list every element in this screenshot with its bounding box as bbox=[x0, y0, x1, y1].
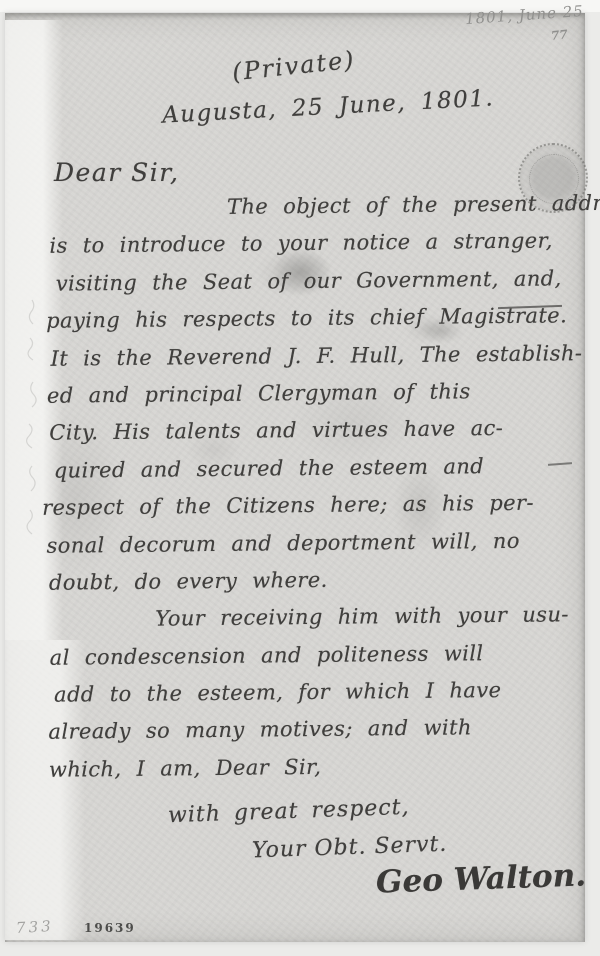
letter-body: The object of the present address is to … bbox=[35, 191, 581, 795]
letter-line: doubt, do every where. bbox=[39, 565, 579, 608]
scanned-letter-page: 1801, June 25 77 (Private) Augusta, 25 J… bbox=[0, 0, 600, 956]
letter-line: It is the Reverend J. F. Hull, The estab… bbox=[36, 341, 576, 384]
letter-line: The object of the present address bbox=[35, 191, 575, 234]
letter-line: already so many motives; and with bbox=[40, 715, 580, 758]
letter-line: Your receiving him with your usu- bbox=[39, 602, 579, 645]
salutation: Dear Sir, bbox=[54, 158, 179, 187]
letter-line: paying his respects to its chief Magistr… bbox=[36, 303, 576, 346]
signature: Geo Walton. bbox=[375, 857, 586, 900]
letter-line: quired and secured the esteem and bbox=[38, 453, 578, 496]
pencil-number-annotation: 733 bbox=[16, 917, 55, 937]
accession-number-stamp: 19639 bbox=[84, 921, 136, 935]
letter-line: respect of the Citizens here; as his per… bbox=[38, 490, 578, 533]
page-number-annotation: 77 bbox=[551, 27, 569, 43]
letter-line: which, I am, Dear Sir, bbox=[41, 752, 581, 795]
letter-line: City. His talents and virtues have ac- bbox=[37, 416, 577, 459]
letter-line: is to introduce to your notice a strange… bbox=[35, 229, 575, 272]
letter-line: sonal decorum and deportment will, no bbox=[38, 528, 578, 571]
letter-line: al condescension and politeness will bbox=[40, 640, 580, 683]
letter-line: ed and principal Clergyman of this bbox=[37, 378, 577, 421]
letter-line: visiting the Seat of our Government, and… bbox=[36, 266, 576, 309]
letter-line: add to the esteem, for which I have bbox=[40, 677, 580, 720]
